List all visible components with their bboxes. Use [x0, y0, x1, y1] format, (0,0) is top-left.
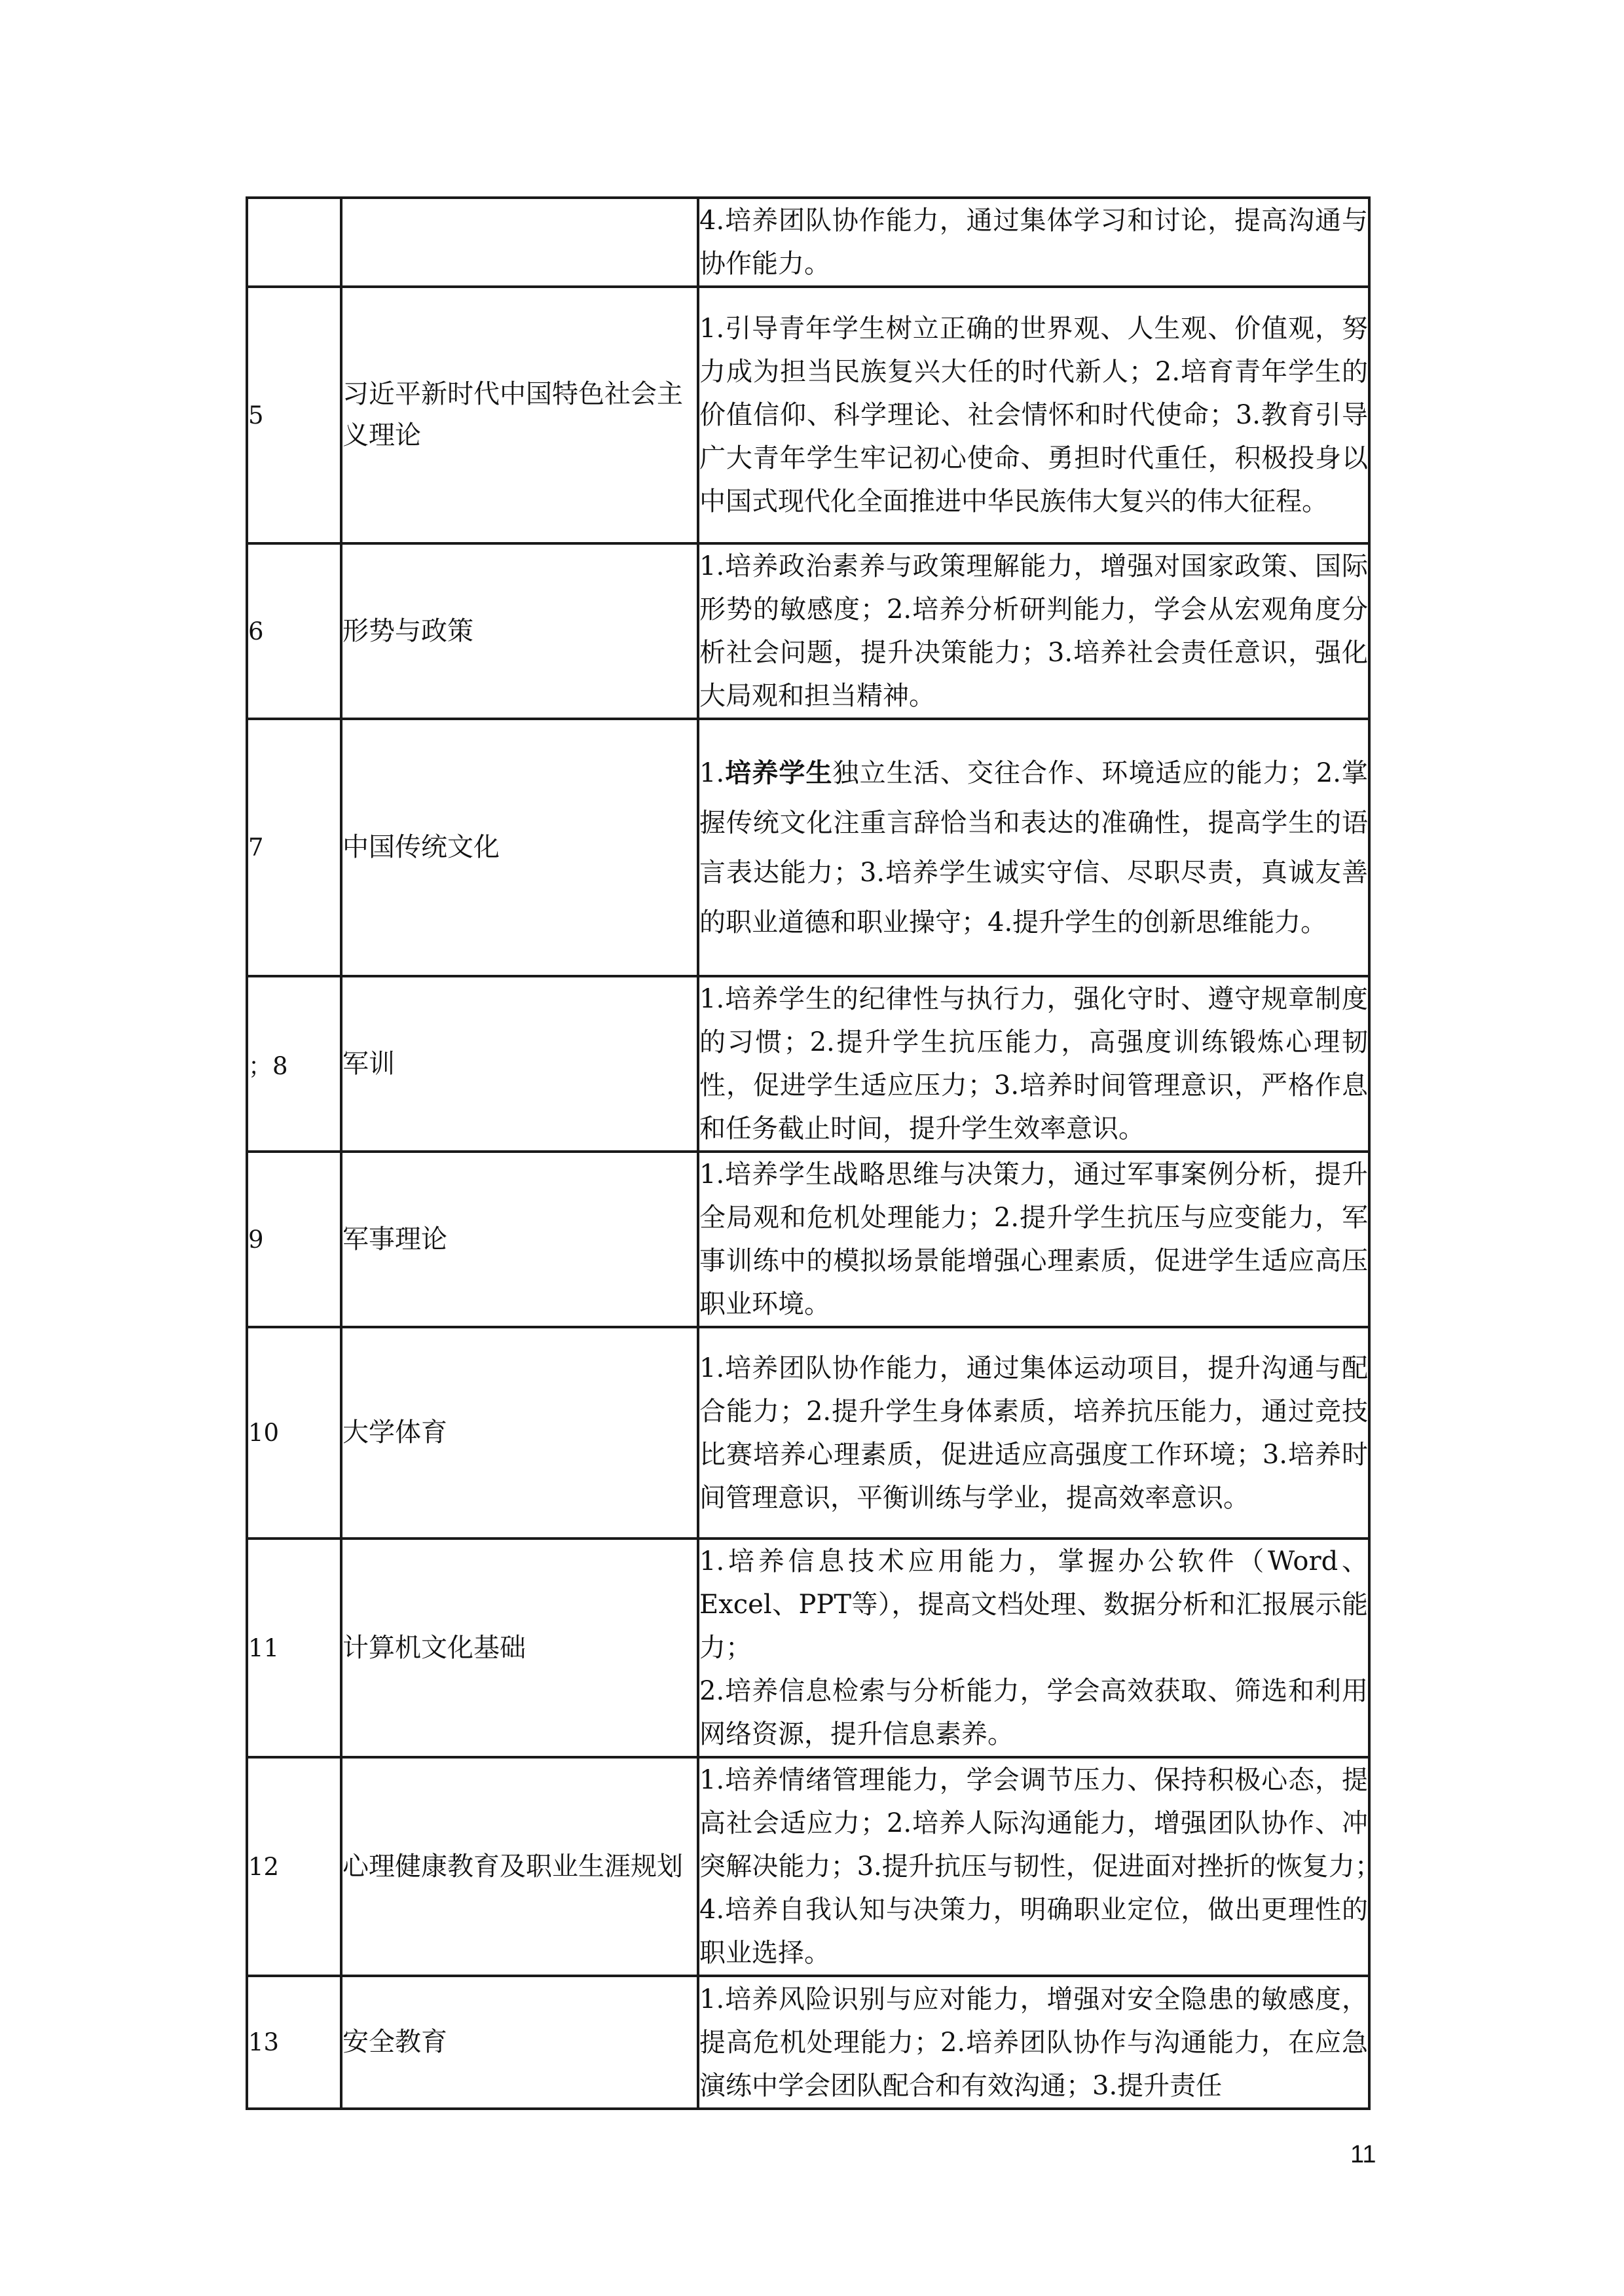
document-page: 4.培养团队协作能力，通过集体学习和讨论，提高沟通与协作能力。 5 习近平新时代…: [0, 0, 1624, 2296]
course-goals-cell: 4.培养团队协作能力，通过集体学习和讨论，提高沟通与协作能力。: [698, 198, 1369, 287]
goal-text: 1.培养政治素养与政策理解能力，增强对国家政策、国际形势的敏感度；2.培养分析研…: [699, 545, 1368, 718]
course-goals-cell: 1.培养信息技术应用能力，掌握办公软件（Word、Excel、PPT等），提高文…: [698, 1539, 1369, 1757]
row-number-cell: 7: [247, 719, 341, 976]
course-goals-cell: 1.培养政治素养与政策理解能力，增强对国家政策、国际形势的敏感度；2.培养分析研…: [698, 543, 1369, 719]
row-number-cell: 12: [247, 1757, 341, 1976]
course-goals-cell: 1.培养情绪管理能力，学会调节压力、保持积极心态，提高社会适应力；2.培养人际沟…: [698, 1757, 1369, 1976]
table-row: 13 安全教育 1.培养风险识别与应对能力，增强对安全隐患的敏感度，提高危机处理…: [247, 1976, 1369, 2109]
table-row: 5 习近平新时代中国特色社会主义理论 1.引导青年学生树立正确的世界观、人生观、…: [247, 287, 1369, 543]
course-name-cell: 大学体育: [341, 1327, 698, 1539]
goal-bold-text: 培养学生: [724, 758, 832, 788]
goal-text: 1.培养学生独立生活、交往合作、环境适应的能力；2.掌握传统文化注重言辞恰当和表…: [699, 748, 1368, 947]
row-number-cell: 9: [247, 1152, 341, 1327]
goal-text: 1.培养学生的纪律性与执行力，强化守时、遵守规章制度的习惯；2.提升学生抗压能力…: [699, 977, 1368, 1150]
table-row: 4.培养团队协作能力，通过集体学习和讨论，提高沟通与协作能力。: [247, 198, 1369, 287]
course-goals-cell: 1.培养团队协作能力，通过集体运动项目，提升沟通与配合能力；2.提升学生身体素质…: [698, 1327, 1369, 1539]
course-name-cell: 军事理论: [341, 1152, 698, 1327]
row-number-cell: 6: [247, 543, 341, 719]
goal-text: 1.培养学生战略思维与决策力，通过军事案例分析，提升全局观和危机处理能力；2.提…: [699, 1153, 1368, 1326]
goal-text: 1.培养团队协作能力，通过集体运动项目，提升沟通与配合能力；2.提升学生身体素质…: [699, 1347, 1368, 1520]
table-row: 7 中国传统文化 1.培养学生独立生活、交往合作、环境适应的能力；2.掌握传统文…: [247, 719, 1369, 976]
course-objectives-table: 4.培养团队协作能力，通过集体学习和讨论，提高沟通与协作能力。 5 习近平新时代…: [246, 196, 1371, 2110]
course-name-cell: 形势与政策: [341, 543, 698, 719]
row-number-cell: 5: [247, 287, 341, 543]
row-number-cell: ；8: [247, 976, 341, 1152]
course-name-cell: 安全教育: [341, 1976, 698, 2109]
table-row: 6 形势与政策 1.培养政治素养与政策理解能力，增强对国家政策、国际形势的敏感度…: [247, 543, 1369, 719]
row-number-cell: [247, 198, 341, 287]
table-row: 9 军事理论 1.培养学生战略思维与决策力，通过军事案例分析，提升全局观和危机处…: [247, 1152, 1369, 1327]
course-goals-cell: 1.培养学生的纪律性与执行力，强化守时、遵守规章制度的习惯；2.提升学生抗压能力…: [698, 976, 1369, 1152]
course-goals-cell: 1.引导青年学生树立正确的世界观、人生观、价值观，努力成为担当民族复兴大任的时代…: [698, 287, 1369, 543]
course-name-cell: 计算机文化基础: [341, 1539, 698, 1757]
course-goals-cell: 1.培养风险识别与应对能力，增强对安全隐患的敏感度，提高危机处理能力；2.培养团…: [698, 1976, 1369, 2109]
table-row: ；8 军训 1.培养学生的纪律性与执行力，强化守时、遵守规章制度的习惯；2.提升…: [247, 976, 1369, 1152]
page-number: 11: [1350, 2141, 1376, 2169]
course-goals-cell: 1.培养学生独立生活、交往合作、环境适应的能力；2.掌握传统文化注重言辞恰当和表…: [698, 719, 1369, 976]
course-name-cell: 军训: [341, 976, 698, 1152]
goal-text: 1.培养情绪管理能力，学会调节压力、保持积极心态，提高社会适应力；2.培养人际沟…: [699, 1758, 1368, 1975]
goal-text: 4.培养团队协作能力，通过集体学习和讨论，提高沟通与协作能力。: [699, 199, 1368, 285]
row-number-cell: 11: [247, 1539, 341, 1757]
course-name-cell: 中国传统文化: [341, 719, 698, 976]
course-name-cell: 习近平新时代中国特色社会主义理论: [341, 287, 698, 543]
course-name-cell: [341, 198, 698, 287]
table-row: 10 大学体育 1.培养团队协作能力，通过集体运动项目，提升沟通与配合能力；2.…: [247, 1327, 1369, 1539]
row-number-cell: 10: [247, 1327, 341, 1539]
goal-text: 1.培养风险识别与应对能力，增强对安全隐患的敏感度，提高危机处理能力；2.培养团…: [699, 1978, 1368, 2107]
course-goals-cell: 1.培养学生战略思维与决策力，通过军事案例分析，提升全局观和危机处理能力；2.提…: [698, 1152, 1369, 1327]
course-name-cell: 心理健康教育及职业生涯规划: [341, 1757, 698, 1976]
row-number-cell: 13: [247, 1976, 341, 2109]
goal-text: 2.培养信息检索与分析能力，学会高效获取、筛选和利用网络资源，提升信息素养。: [699, 1669, 1368, 1756]
table-row: 11 计算机文化基础 1.培养信息技术应用能力，掌握办公软件（Word、Exce…: [247, 1539, 1369, 1757]
goal-text: 1.引导青年学生树立正确的世界观、人生观、价值观，努力成为担当民族复兴大任的时代…: [699, 307, 1368, 523]
goal-prefix: 1.: [699, 758, 724, 788]
table-row: 12 心理健康教育及职业生涯规划 1.培养情绪管理能力，学会调节压力、保持积极心…: [247, 1757, 1369, 1976]
goal-text: 1.培养信息技术应用能力，掌握办公软件（Word、Excel、PPT等），提高文…: [699, 1540, 1368, 1669]
